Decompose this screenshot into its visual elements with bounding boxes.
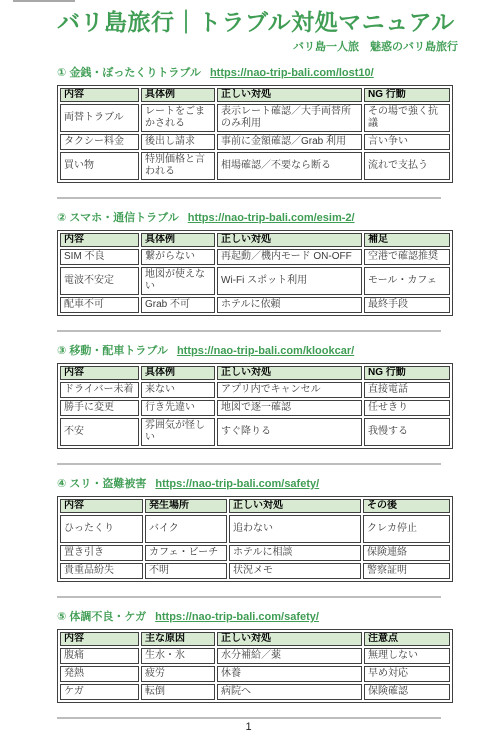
table-cell: 電波不安定 xyxy=(60,267,139,295)
column-header: 発生場所 xyxy=(145,499,227,513)
page-title: バリ島旅行｜トラブル対処マニュアル xyxy=(57,8,458,37)
section-health-trouble: ⑤ 体調不良・ケガhttps://nao-trip-bali.com/safet… xyxy=(57,608,441,719)
table-row: 勝手に変更 行き先違い 地図で逐一確認 任せきり xyxy=(60,400,450,416)
column-header: 内容 xyxy=(60,366,139,380)
column-header: NG 行動 xyxy=(364,88,450,102)
column-header: NG 行動 xyxy=(364,366,450,380)
table-row: 貴重品紛失 不明 状況メモ 警察証明 xyxy=(60,563,450,579)
table-header-row: 内容 発生場所 正しい対処 その後 xyxy=(60,499,450,513)
table-cell: 休養 xyxy=(217,666,362,682)
table-row: 電波不安定 地図が使えない Wi-Fi スポット利用 モール・カフェ xyxy=(60,267,450,295)
section-heading: ② スマホ・通信トラブルhttps://nao-trip-bali.com/es… xyxy=(57,209,441,225)
table-cell: Wi-Fi スポット利用 xyxy=(217,267,362,295)
table-header-row: 内容 具体例 正しい対処 NG 行動 xyxy=(60,366,450,380)
table-cell: 事前に金額確認／Grab 利用 xyxy=(217,134,362,150)
table-cell: その場で強く抗議 xyxy=(364,104,450,132)
table-cell: 不安 xyxy=(60,418,139,446)
table-cell: 我慢する xyxy=(364,418,450,446)
section-heading-label: ⑤ 体調不良・ケガ xyxy=(57,611,146,623)
table-header-row: 内容 具体例 正しい対処 NG 行動 xyxy=(60,88,450,102)
section-divider xyxy=(57,463,441,465)
column-header: 内容 xyxy=(60,233,139,247)
trouble-table: 内容 主な原因 正しい対処 注意点 腹痛 生水・氷 水分補給／薬 無理しない 発… xyxy=(57,629,453,703)
document-page: { "page": { "title": "バリ島旅行｜トラブル対処マニュアル"… xyxy=(0,0,497,743)
table-cell: 不明 xyxy=(145,563,227,579)
document-content: バリ島旅行｜トラブル対処マニュアル バリ島一人旅 魅惑のバリ島旅行 ① 金銭・ぼ… xyxy=(57,8,458,727)
section-heading: ⑤ 体調不良・ケガhttps://nao-trip-bali.com/safet… xyxy=(57,608,441,624)
table-cell: クレカ停止 xyxy=(363,515,450,543)
table-row: ドライバー未着 来ない アプリ内でキャンセル 直接電話 xyxy=(60,382,450,398)
table-cell: 任せきり xyxy=(364,400,450,416)
section-heading: ④ スリ・盗難被害https://nao-trip-bali.com/safet… xyxy=(57,475,441,491)
column-header: 主な原因 xyxy=(141,632,215,646)
trouble-table: 内容 具体例 正しい対処 NG 行動 ドライバー未着 来ない アプリ内でキャンセ… xyxy=(57,363,453,449)
trouble-table: 内容 具体例 正しい対処 NG 行動 両替トラブル レートをごまかされる 表示レ… xyxy=(57,85,453,183)
table-cell: 疲労 xyxy=(141,666,215,682)
section-url-link[interactable]: https://nao-trip-bali.com/lost10/ xyxy=(210,67,374,79)
table-cell: ホテルに依頼 xyxy=(217,297,362,313)
table-cell: 状況メモ xyxy=(229,563,361,579)
table-cell: 保険確認 xyxy=(364,684,450,700)
table-cell: モール・カフェ xyxy=(364,267,450,295)
table-cell: 貴重品紛失 xyxy=(60,563,143,579)
table-cell: 相場確認／不要なら断る xyxy=(217,152,362,180)
table-cell: ひったくり xyxy=(60,515,143,543)
table-cell: 表示レート確認／大手両替所のみ利用 xyxy=(217,104,362,132)
column-header: 具体例 xyxy=(141,366,215,380)
section-url-link[interactable]: https://nao-trip-bali.com/safety/ xyxy=(155,478,319,490)
table-cell: バイク xyxy=(145,515,227,543)
table-cell: 流れで支払う xyxy=(364,152,450,180)
table-cell: 最終手段 xyxy=(364,297,450,313)
table-cell: 雰囲気が怪しい xyxy=(141,418,215,446)
table-cell: 後出し請求 xyxy=(141,134,215,150)
section-divider xyxy=(57,330,441,332)
table-row: 腹痛 生水・氷 水分補給／薬 無理しない xyxy=(60,648,450,664)
table-row: ひったくり バイク 追わない クレカ停止 xyxy=(60,515,450,543)
table-cell: SIM 不良 xyxy=(60,249,139,265)
table-cell: 直接電話 xyxy=(364,382,450,398)
table-cell: 早め対応 xyxy=(364,666,450,682)
trouble-table: 内容 発生場所 正しい対処 その後 ひったくり バイク 追わない クレカ停止 置… xyxy=(57,496,453,582)
table-cell: 再起動／機内モード ON-OFF xyxy=(217,249,362,265)
top-edge-artifact xyxy=(13,0,75,2)
table-cell: 勝手に変更 xyxy=(60,400,139,416)
table-cell: ホテルに相談 xyxy=(229,545,361,561)
table-cell: 言い争い xyxy=(364,134,450,150)
column-header: 注意点 xyxy=(364,632,450,646)
section-url-link[interactable]: https://nao-trip-bali.com/klookcar/ xyxy=(177,345,354,357)
table-cell: 病院へ xyxy=(217,684,362,700)
trouble-table: 内容 具体例 正しい対処 補足 SIM 不良 繋がらない 再起動／機内モード O… xyxy=(57,230,453,316)
page-subtitle: バリ島一人旅 魅惑のバリ島旅行 xyxy=(57,38,458,54)
table-cell: 繋がらない xyxy=(141,249,215,265)
table-header-row: 内容 主な原因 正しい対処 注意点 xyxy=(60,632,450,646)
table-cell: 保険連絡 xyxy=(363,545,450,561)
section-divider xyxy=(57,596,441,598)
section-heading-label: ② スマホ・通信トラブル xyxy=(57,212,179,224)
table-cell: 生水・氷 xyxy=(141,648,215,664)
table-cell: 特別価格と言われる xyxy=(141,152,215,180)
table-cell: Grab 不可 xyxy=(141,297,215,313)
table-cell: 両替トラブル xyxy=(60,104,139,132)
table-cell: 警察証明 xyxy=(363,563,450,579)
section-money-trouble: ① 金銭・ぼったくりトラブルhttps://nao-trip-bali.com/… xyxy=(57,64,441,199)
page-number: 1 xyxy=(0,721,497,733)
column-header: 正しい対処 xyxy=(229,499,361,513)
column-header: 内容 xyxy=(60,632,139,646)
section-url-link[interactable]: https://nao-trip-bali.com/esim-2/ xyxy=(188,212,355,224)
table-cell: ケガ xyxy=(60,684,139,700)
table-row: 両替トラブル レートをごまかされる 表示レート確認／大手両替所のみ利用 その場で… xyxy=(60,104,450,132)
section-heading-label: ③ 移動・配車トラブル xyxy=(57,345,168,357)
table-cell: 置き引き xyxy=(60,545,143,561)
table-header-row: 内容 具体例 正しい対処 補足 xyxy=(60,233,450,247)
table-cell: ドライバー未着 xyxy=(60,382,139,398)
table-row: タクシー料金 後出し請求 事前に金額確認／Grab 利用 言い争い xyxy=(60,134,450,150)
section-divider xyxy=(57,717,441,719)
table-cell: タクシー料金 xyxy=(60,134,139,150)
table-row: 置き引き カフェ・ビーチ ホテルに相談 保険連絡 xyxy=(60,545,450,561)
section-url-link[interactable]: https://nao-trip-bali.com/safety/ xyxy=(155,611,319,623)
table-cell: 水分補給／薬 xyxy=(217,648,362,664)
table-cell: 空港で確認推奨 xyxy=(364,249,450,265)
table-cell: カフェ・ビーチ xyxy=(145,545,227,561)
table-cell: 追わない xyxy=(229,515,361,543)
column-header: 正しい対処 xyxy=(217,88,362,102)
section-heading-label: ④ スリ・盗難被害 xyxy=(57,478,146,490)
column-header: その後 xyxy=(363,499,450,513)
table-cell: アプリ内でキャンセル xyxy=(217,382,362,398)
column-header: 内容 xyxy=(60,88,139,102)
table-row: 発熱 疲労 休養 早め対応 xyxy=(60,666,450,682)
table-cell: 地図が使えない xyxy=(141,267,215,295)
table-cell: すぐ降りる xyxy=(217,418,362,446)
table-cell: 無理しない xyxy=(364,648,450,664)
table-cell: レートをごまかされる xyxy=(141,104,215,132)
column-header: 具体例 xyxy=(141,88,215,102)
column-header: 正しい対処 xyxy=(217,632,362,646)
section-theft-trouble: ④ スリ・盗難被害https://nao-trip-bali.com/safet… xyxy=(57,475,441,598)
table-cell: 買い物 xyxy=(60,152,139,180)
section-heading: ③ 移動・配車トラブルhttps://nao-trip-bali.com/klo… xyxy=(57,342,441,358)
column-header: 正しい対処 xyxy=(217,366,362,380)
table-cell: 来ない xyxy=(141,382,215,398)
table-cell: 配車不可 xyxy=(60,297,139,313)
table-row: 買い物 特別価格と言われる 相場確認／不要なら断る 流れで支払う xyxy=(60,152,450,180)
column-header: 具体例 xyxy=(141,233,215,247)
section-divider xyxy=(57,197,441,199)
table-row: 配車不可 Grab 不可 ホテルに依頼 最終手段 xyxy=(60,297,450,313)
column-header: 補足 xyxy=(364,233,450,247)
section-transport-trouble: ③ 移動・配車トラブルhttps://nao-trip-bali.com/klo… xyxy=(57,342,441,465)
section-heading-label: ① 金銭・ぼったくりトラブル xyxy=(57,67,201,79)
table-cell: 転倒 xyxy=(141,684,215,700)
column-header: 正しい対処 xyxy=(217,233,362,247)
section-phone-trouble: ② スマホ・通信トラブルhttps://nao-trip-bali.com/es… xyxy=(57,209,441,332)
table-cell: 発熱 xyxy=(60,666,139,682)
table-cell: 地図で逐一確認 xyxy=(217,400,362,416)
table-row: SIM 不良 繋がらない 再起動／機内モード ON-OFF 空港で確認推奨 xyxy=(60,249,450,265)
column-header: 内容 xyxy=(60,499,143,513)
table-row: 不安 雰囲気が怪しい すぐ降りる 我慢する xyxy=(60,418,450,446)
table-cell: 腹痛 xyxy=(60,648,139,664)
table-cell: 行き先違い xyxy=(141,400,215,416)
table-row: ケガ 転倒 病院へ 保険確認 xyxy=(60,684,450,700)
section-heading: ① 金銭・ぼったくりトラブルhttps://nao-trip-bali.com/… xyxy=(57,64,441,80)
